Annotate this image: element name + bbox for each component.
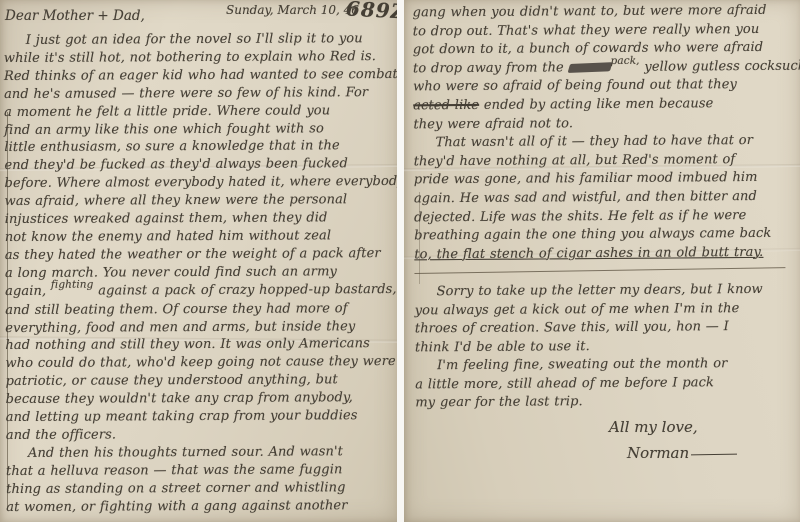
text-segment: throes of creation. Save this, will you,… [415, 319, 729, 336]
closing-block: All my love, Norman [609, 414, 737, 466]
signature-line: Norman [627, 440, 737, 466]
text-segment: they were afraid not to. [413, 116, 573, 132]
text-segment: think I'd be able to use it. [415, 339, 590, 355]
handwritten-line: and still beating them. Of course they h… [5, 300, 396, 320]
text-segment: again. He was sad and wistful, and then … [414, 189, 757, 206]
text-segment: thing as standing on a street corner and… [6, 480, 345, 497]
letter-body-page2: gang when you didn't want to, but were m… [413, 2, 800, 414]
insert-segment: fighting [51, 276, 94, 294]
handwritten-line: as they hated the weather or the weight … [5, 245, 396, 265]
text-segment: before. Where almost everybody hated it,… [4, 174, 397, 191]
handwritten-line: everything, food and men and arms, but i… [5, 317, 396, 337]
text-segment: and he's amused — there were so few of h… [4, 85, 368, 102]
text-segment: injustices wreaked against them, when th… [5, 210, 328, 227]
text-segment: was afraid, where all they knew were the… [5, 192, 348, 209]
handwritten-line: end they'd be fucked as they'd always be… [4, 155, 395, 175]
text-segment: not know the enemy and hated him without… [5, 228, 331, 245]
text-segment: again, [5, 283, 51, 298]
text-segment: breathing again the one thing you always… [414, 226, 771, 243]
handwritten-line: find an army like this one which fought … [4, 120, 395, 140]
handwritten-line: who could do that, who'd keep going not … [5, 353, 396, 373]
text-segment: and the officers. [6, 427, 116, 443]
signature-flourish [691, 454, 737, 456]
text-segment: little enthusiasm, so sure a knowledge t… [4, 139, 339, 156]
handwritten-line: breathing again the one thing you always… [414, 225, 799, 246]
handwritten-line: That wasn't all of it — they had to have… [413, 132, 798, 153]
handwritten-line: not know the enemy and hated him without… [5, 227, 396, 247]
handwritten-line: and letting up meant taking crap from yo… [6, 407, 397, 427]
text-segment: ended by acting like men because [479, 96, 713, 113]
text-segment: got down to it, a bunch of cowards who w… [413, 40, 763, 57]
strike-segment: acted like [413, 98, 479, 113]
text-segment: had nothing and still they won. It was o… [5, 337, 370, 354]
text-segment: that a helluva reason — that was the sam… [6, 462, 342, 479]
text-segment: you always get a kick out of me when I'm… [415, 301, 740, 318]
handwritten-line: before. Where almost everybody hated it,… [4, 173, 395, 193]
salutation: Dear Mother + Dad, [5, 8, 145, 24]
text-segment: That wasn't all of it — they had to have… [435, 133, 753, 150]
text-segment: patriotic, or cause they understood anyt… [6, 373, 338, 390]
text-segment: I'm feeling fine, sweating out the month… [437, 356, 727, 373]
text-segment: while it's still hot, not bothering to e… [4, 49, 376, 66]
handwritten-line: was afraid, where all they knew were the… [5, 191, 396, 211]
handwritten-line: gang when you didn't want to, but were m… [413, 2, 798, 23]
handwritten-line: because they wouldn't take any crap from… [6, 389, 397, 409]
closing-line: All my love, [609, 414, 737, 440]
text-segment: end they'd be fucked as they'd always be… [4, 157, 348, 174]
handwritten-line: I just got an idea for the novel so I'll… [4, 30, 395, 50]
handwritten-line: to drop away from the pack, yellow gutle… [413, 57, 798, 78]
insert-segment: pack, [610, 52, 639, 71]
text-segment: because they wouldn't take any crap from… [6, 390, 353, 407]
text-segment: to drop out. That's what they were reall… [413, 22, 760, 39]
letter-page-1: Dear Mother + Dad, Sunday, March 10, 46 … [0, 0, 397, 522]
handwritten-line: injustices wreaked against them, when th… [5, 209, 396, 229]
handwritten-line: thing as standing on a street corner and… [6, 479, 397, 499]
letter-scan: Dear Mother + Dad, Sunday, March 10, 46 … [0, 0, 800, 522]
section-divider-line [414, 262, 799, 283]
scribble-segment [567, 62, 612, 73]
letter-page-2: gang when you didn't want to, but were m… [404, 0, 800, 522]
handwritten-line: patriotic, or cause they understood anyt… [6, 371, 397, 391]
handwritten-line: little enthusiasm, so sure a knowledge t… [4, 137, 395, 157]
text-segment: at women, or fighting with a gang agains… [6, 498, 347, 515]
text-segment: I just got an idea for the novel so I'll… [26, 31, 363, 48]
page-mark: 689Z [345, 0, 397, 24]
text-segment: gang when you didn't want to, but were m… [413, 3, 767, 20]
handwritten-line: at women, or fighting with a gang agains… [6, 497, 397, 517]
text-segment: who could do that, who'd keep going not … [5, 354, 395, 371]
text-segment: dejected. Life was the shits. He felt as… [414, 208, 746, 225]
handwritten-line: got down to it, a bunch of cowards who w… [413, 39, 798, 60]
text-segment: to drop away from the [413, 60, 569, 76]
text-segment: yellow gutless cocksuckers [640, 58, 800, 74]
text-segment: everything, food and men and arms, but i… [5, 319, 355, 336]
text-segment: And then his thoughts turned sour. And w… [28, 444, 343, 461]
text-segment: and still beating them. Of course they h… [5, 301, 347, 318]
handwritten-line: and the officers. [6, 425, 397, 445]
handwritten-line: a moment he felt a little pride. Where c… [4, 102, 395, 122]
handwritten-line: that a helluva reason — that was the sam… [6, 461, 397, 481]
handwritten-line: again. He was sad and wistful, and then … [414, 188, 799, 209]
text-segment: a moment he felt a little pride. Where c… [4, 103, 330, 120]
text-segment: pride was gone, and his familiar mood im… [414, 170, 758, 187]
text-segment: Red thinks of an eager kid who had wante… [4, 67, 397, 84]
handwritten-line: my gear for the last trip. [415, 392, 800, 413]
text-segment: who were so afraid of being found out th… [413, 77, 737, 94]
text-segment: my gear for the last trip. [415, 395, 583, 411]
handwritten-line: had nothing and still they won. It was o… [5, 335, 396, 355]
text-segment: as they hated the weather or the weight … [5, 246, 381, 263]
handwritten-line: while it's still hot, not bothering to e… [4, 48, 395, 68]
date-line: Sunday, March 10, 46 [226, 3, 359, 17]
text-segment: they'd have nothing at all, but Red's mo… [414, 152, 736, 169]
text-segment: a little more, still ahead of me before … [415, 375, 714, 392]
handwritten-line: and he's amused — there were so few of h… [4, 84, 395, 104]
text-segment: and letting up meant taking crap from yo… [6, 408, 358, 425]
text-segment: to, the flat stench of cigar ashes in an… [414, 245, 763, 262]
handwritten-line: And then his thoughts turned sour. And w… [6, 443, 397, 463]
signature: Norman [627, 444, 689, 462]
letter-body-page1: I just got an idea for the novel so I'll… [4, 30, 397, 517]
handwritten-line: again, fighting against a pack of crazy … [5, 281, 396, 302]
handwritten-line: Sorry to take up the letter my dears, bu… [415, 281, 800, 302]
text-segment: Sorry to take up the letter my dears, bu… [437, 282, 763, 299]
handwritten-line: Red thinks of an eager kid who had wante… [4, 66, 395, 86]
text-segment: against a pack of crazy hopped-up bastar… [93, 282, 396, 299]
text-segment: find an army like this one which fought … [4, 121, 324, 138]
